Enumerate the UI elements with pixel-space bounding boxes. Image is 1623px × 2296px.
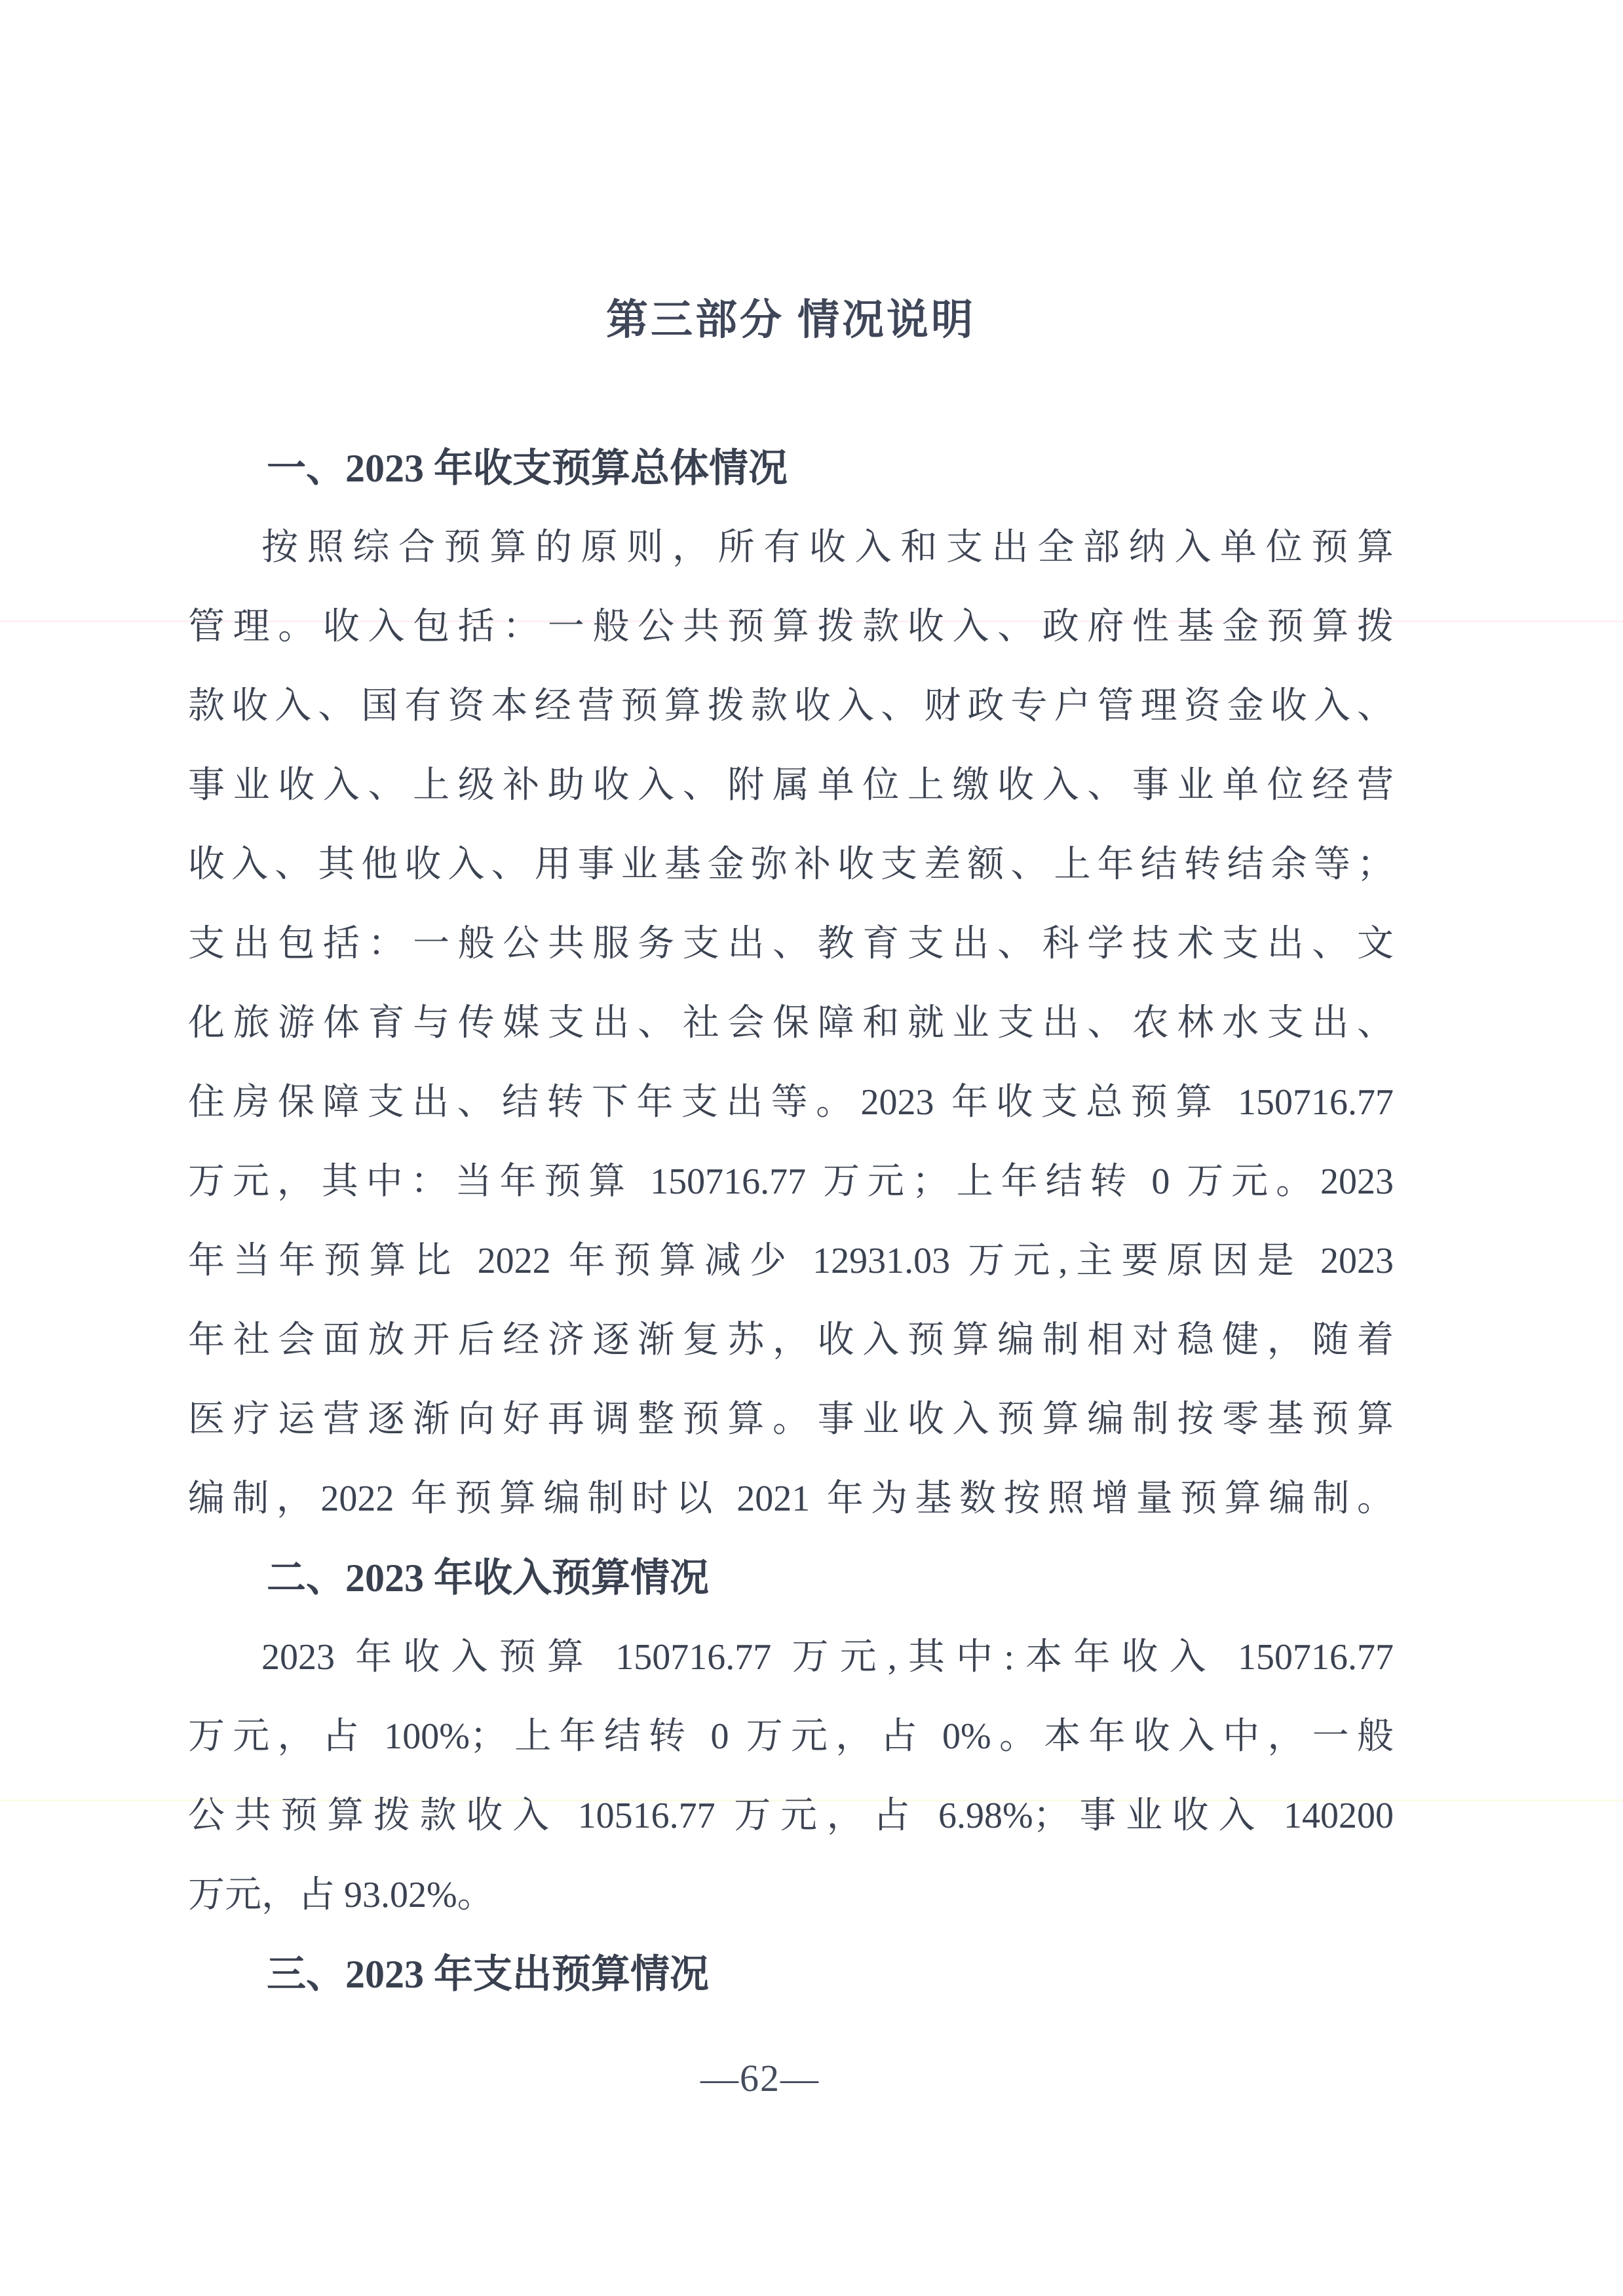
paragraph-line: 年社会面放开后经济逐渐复苏，收入预算编制相对稳健，随着 [188, 1301, 1394, 1380]
paragraph-line: 收入、其他收入、用事业基金弥补收支差额、上年结转结余等； [188, 825, 1394, 905]
paragraph-line: 万元，占 93.02%。 [188, 1856, 1394, 1935]
paragraph-line: 款收入、国有资本经营预算拨款收入、财政专户管理资金收入、 [188, 667, 1394, 746]
paragraph-line: 支出包括：一般公共服务支出、教育支出、科学技术支出、文 [188, 905, 1394, 984]
paragraph-line: 公共预算拨款收入 10516.77 万元，占 6.98%；事业收入 140200 [188, 1777, 1394, 1856]
section-heading: 一、2023 年收支预算总体情况 [188, 429, 1394, 508]
paragraph-line: 管理。收入包括：一般公共预算拨款收入、政府性基金预算拨 [188, 588, 1394, 667]
section-heading: 三、2023 年支出预算情况 [188, 1935, 1394, 2014]
paragraph-line: 万元，其中：当年预算 150716.77 万元；上年结转 0 万元。2023 [188, 1142, 1394, 1222]
document-body: 一、2023 年收支预算总体情况按照综合预算的原则，所有收入和支出全部纳入单位预… [188, 429, 1394, 2014]
paragraph-line: 医疗运营逐渐向好再调整预算。事业收入预算编制按零基预算 [188, 1380, 1394, 1459]
paragraph-line: 住房保障支出、结转下年支出等。2023 年收支总预算 150716.77 [188, 1063, 1394, 1142]
document-page: 第三部分 情况说明 一、2023 年收支预算总体情况按照综合预算的原则，所有收入… [0, 0, 1623, 2296]
paragraph-line: 按照综合预算的原则，所有收入和支出全部纳入单位预算 [188, 508, 1394, 588]
paragraph-line: 事业收入、上级补助收入、附属单位上缴收入、事业单位经营 [188, 746, 1394, 825]
paragraph-line: 2023 年收入预算 150716.77 万元,其中:本年收入 150716.7… [188, 1618, 1394, 1697]
page-number: —62— [157, 2049, 1363, 2108]
paragraph-line: 年当年预算比 2022 年预算减少 12931.03 万元,主要原因是 2023 [188, 1222, 1394, 1301]
paragraph-line: 万元，占 100%；上年结转 0 万元，占 0%。本年收入中，一般 [188, 1697, 1394, 1777]
paragraph-line: 化旅游体育与传媒支出、社会保障和就业支出、农林水支出、 [188, 984, 1394, 1063]
section-heading: 二、2023 年收入预算情况 [188, 1539, 1394, 1618]
paragraph-line: 编制，2022 年预算编制时以 2021 年为基数按照增量预算编制。 [188, 1459, 1394, 1539]
page-title: 第三部分 情况说明 [188, 280, 1394, 360]
